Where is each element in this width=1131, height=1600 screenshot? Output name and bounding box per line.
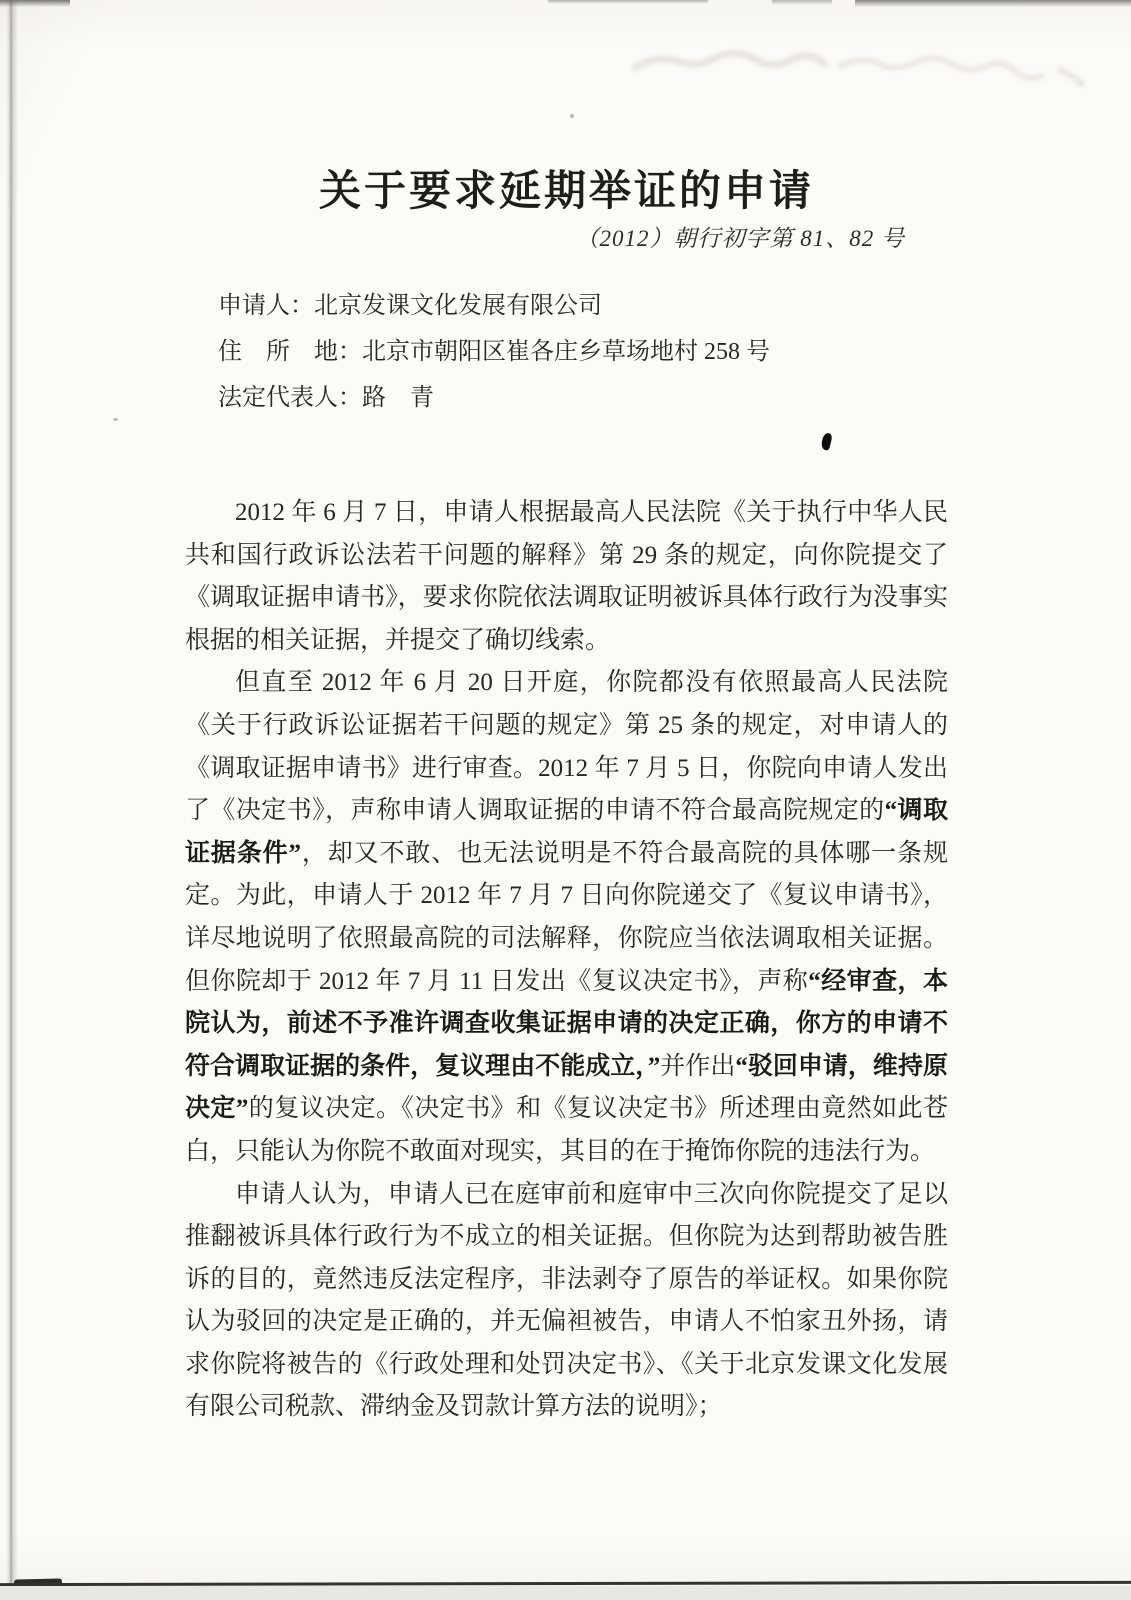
body-text: 2012 年 6 月 7 日，申请人根据最高人民法院《关于执行中华人民共和国行政… (185, 499, 948, 654)
scan-speck (570, 114, 574, 118)
paragraph: 2012 年 6 月 7 日，申请人根据最高人民法院《关于执行中华人民共和国行政… (185, 492, 948, 662)
document-body: 2012 年 6 月 7 日，申请人根据最高人民法院《关于执行中华人民共和国行政… (185, 492, 948, 1429)
body-text: 申请人认为，申请人已在庭审前和庭审中三次向你院提交了足以推翻被诉具体行政行为不成… (185, 1181, 948, 1421)
page-left-edge-shadow (7, 0, 17, 1600)
scan-speck (113, 418, 118, 421)
party-label: 住 所 地： (218, 339, 362, 365)
case-number: （2012）朝行初字第 81、82 号 (185, 220, 905, 253)
scanned-document-page: 关于要求延期举证的申请 （2012）朝行初字第 81、82 号 申请人：北京发课… (0, 0, 1131, 1600)
body-text: 的复议决定。《决定书》和《复议决定书》所述理由竟然如此苍白，只能认为你院不敢面对… (185, 1095, 948, 1165)
party-row: 住 所 地：北京市朝阳区崔各庄乡草场地村 258 号 (218, 329, 938, 375)
party-value: 北京市朝阳区崔各庄乡草场地村 258 号 (362, 339, 770, 365)
scan-bottom-edge-artifact (0, 1578, 1131, 1600)
body-text: 但直至 2012 年 6 月 20 日开庭，你院都没有依照最高人民法院《关于行政… (185, 669, 948, 824)
party-value: 路 青 (362, 385, 434, 411)
party-value: 北京发课文化发展有限公司 (314, 293, 602, 319)
scan-bottom-strip (0, 1586, 1131, 1600)
party-row: 法定代表人：路 青 (218, 375, 938, 421)
party-row: 申请人：北京发课文化发展有限公司 (218, 283, 938, 329)
ink-mark-artifact (820, 432, 833, 451)
paragraph: 申请人认为，申请人已在庭审前和庭审中三次向你院提交了足以推翻被诉具体行政行为不成… (185, 1174, 948, 1430)
scan-top-edge-artifact (772, 0, 832, 5)
party-info-block: 申请人：北京发课文化发展有限公司住 所 地：北京市朝阳区崔各庄乡草场地村 258… (218, 283, 938, 421)
scan-top-edge-artifact (548, 0, 708, 4)
party-label: 法定代表人： (218, 385, 362, 411)
scan-top-edge-artifact (855, 0, 1131, 7)
scan-bleedthrough-artifact (630, 40, 1110, 88)
party-label: 申请人： (218, 293, 314, 319)
page-left-edge-line (10, 0, 12, 1600)
scan-top-edge-artifact (0, 0, 70, 7)
document-title: 关于要求延期举证的申请 (185, 158, 948, 218)
paragraph: 但直至 2012 年 6 月 20 日开庭，你院都没有依照最高人民法院《关于行政… (185, 662, 948, 1173)
body-text: 并作出 (660, 1053, 735, 1080)
